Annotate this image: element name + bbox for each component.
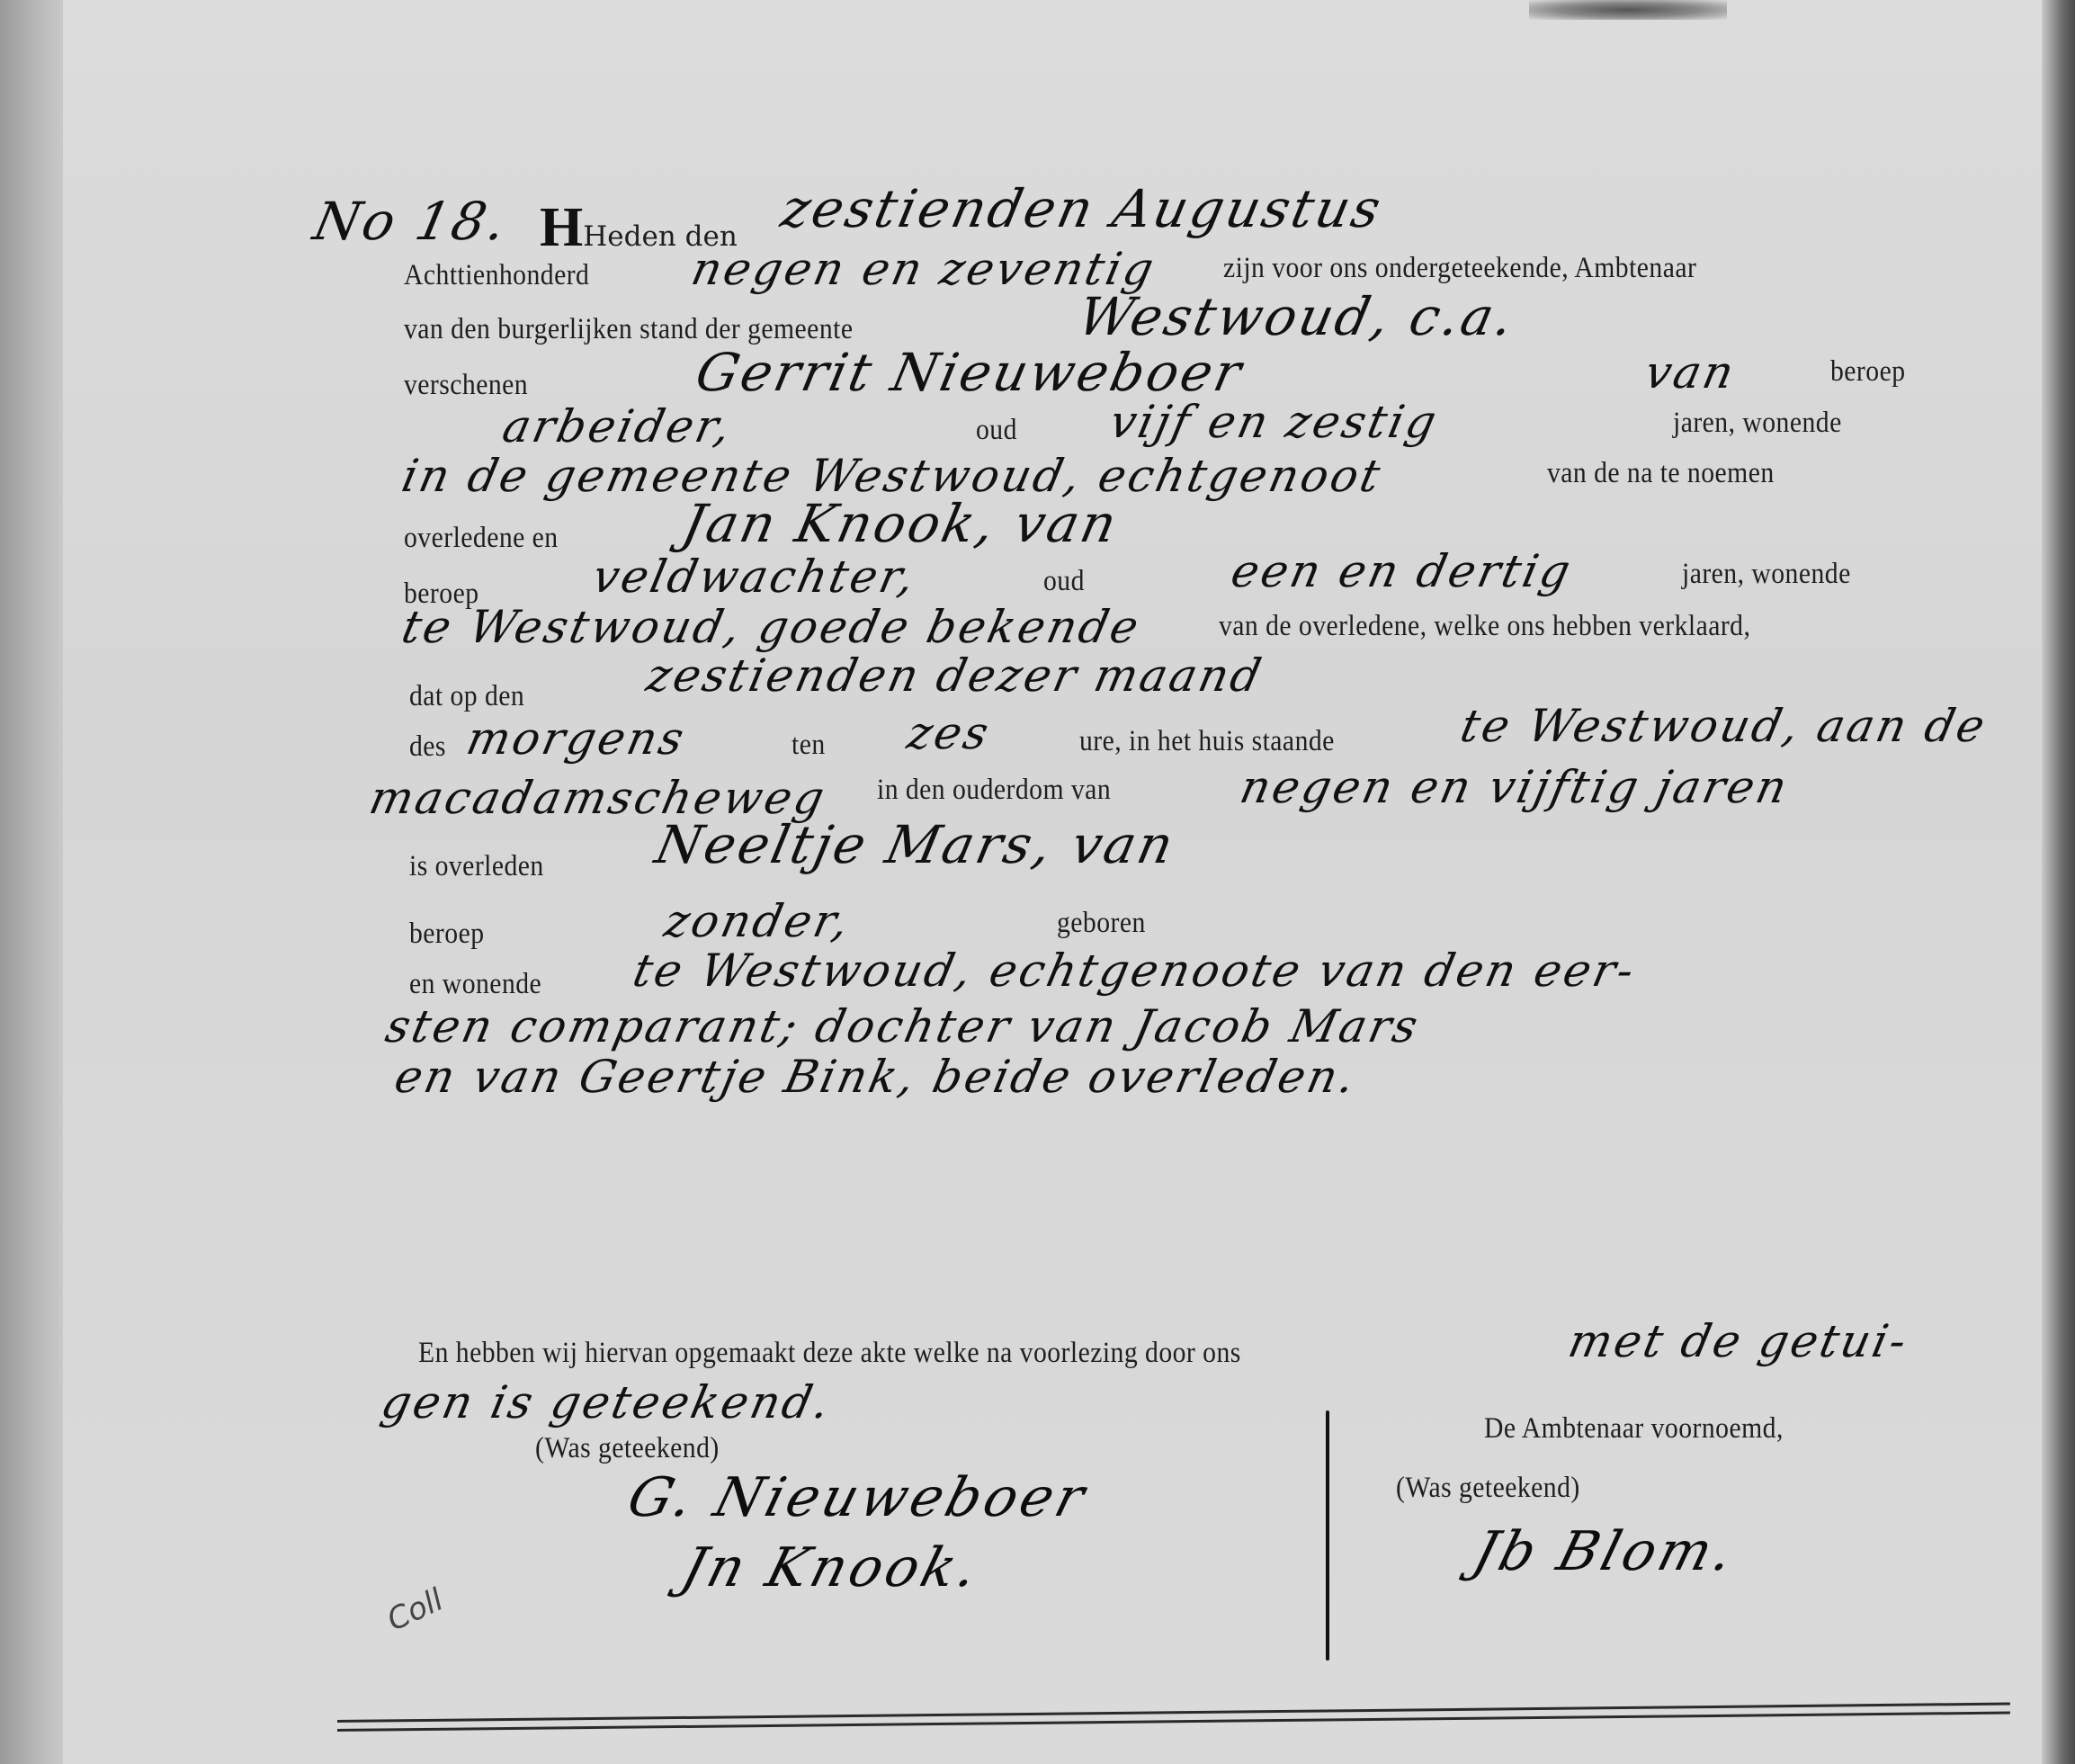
printed-text: oud bbox=[976, 414, 1017, 447]
handwritten-age-deceased: negen en vijftig jaren bbox=[1236, 761, 1794, 813]
printed-text: in den ouderdom van bbox=[877, 774, 1111, 807]
date-day-handwritten: zestienden Augustus bbox=[776, 178, 1389, 239]
handwritten-deceased-name: Neeltje Mars, van bbox=[650, 814, 1181, 875]
printed-text: beroep bbox=[1830, 355, 1906, 389]
closing-printed: En hebben wij hiervan opgemaakt deze akt… bbox=[418, 1337, 1241, 1370]
handwritten-age-2: een en dertig bbox=[1227, 545, 1578, 597]
printed-text: overledene en bbox=[404, 522, 559, 555]
printed-text: jaren, wonende bbox=[1682, 558, 1851, 591]
printed-text: is overleden bbox=[409, 850, 544, 883]
handwritten-birthplace: te Westwoud, echtgenoote van den eer- bbox=[629, 945, 1641, 997]
signature-nieuweboer: G. Nieuweboer bbox=[622, 1466, 1095, 1529]
was-geteekend-left: (Was geteekend) bbox=[535, 1432, 720, 1465]
handwritten-municipality: Westwoud, c.a. bbox=[1073, 286, 1522, 347]
printed-text: verschenen bbox=[404, 369, 528, 402]
handwritten-occupation-deceased: zonder, bbox=[660, 895, 856, 947]
ink-blot bbox=[1529, 0, 1727, 20]
handwritten-text: van bbox=[1641, 346, 1741, 398]
printed-text: Achttienhonderd bbox=[404, 259, 589, 292]
handwritten-declarant-2: Jan Knook, van bbox=[677, 493, 1124, 554]
handwritten-occupation-1: arbeider, bbox=[498, 400, 738, 452]
printed-text: dat op den bbox=[409, 680, 524, 713]
printed-text: jaren, wonende bbox=[1673, 407, 1842, 440]
handwritten-hour: zes bbox=[903, 707, 996, 759]
record-number: No 18. bbox=[309, 191, 514, 252]
handwritten-location: te Westwoud, aan de bbox=[1456, 700, 1992, 752]
drop-cap: H bbox=[540, 197, 583, 258]
printed-text: van de overledene, welke ons hebben verk… bbox=[1219, 610, 1750, 643]
printed-text: des bbox=[409, 730, 446, 764]
printed-text: geboren bbox=[1057, 907, 1146, 940]
handwritten-time-of-day: morgens bbox=[462, 712, 691, 765]
signature-blom: Jb Blom. bbox=[1467, 1520, 1744, 1583]
handwritten-death-date: zestienden dezer maand bbox=[642, 649, 1268, 702]
printed-text: ten bbox=[792, 729, 826, 762]
page-edge bbox=[2042, 0, 2075, 1764]
printed-text: zijn voor ons ondergeteekende, Ambtenaar bbox=[1223, 252, 1696, 285]
handwritten-relations: sten comparant; dochter van Jacob Mars bbox=[381, 1000, 1425, 1052]
official-title: De Ambtenaar voornoemd, bbox=[1484, 1412, 1784, 1446]
binding-margin bbox=[0, 0, 63, 1764]
printed-text: oud bbox=[1043, 565, 1085, 598]
printed-text: ure, in het huis staande bbox=[1079, 725, 1335, 758]
handwritten-occupation-2: veldwachter, bbox=[588, 551, 922, 603]
signature-knook: Jn Knook. bbox=[675, 1536, 988, 1599]
printed-text: van de na te noemen bbox=[1547, 457, 1775, 490]
handwritten-parents: en van Geertje Bink, beide overleden. bbox=[390, 1051, 1362, 1103]
closing-handwritten-b: gen is geteekend. bbox=[377, 1376, 836, 1428]
printed-text: en wonende bbox=[409, 968, 541, 1001]
handwritten-age-1: vijf en zestig bbox=[1105, 396, 1444, 448]
handwritten-declarant-1: Gerrit Nieuweboer bbox=[691, 342, 1249, 403]
closing-handwritten-a: met de getui- bbox=[1564, 1315, 1914, 1367]
was-geteekend-right: (Was geteekend) bbox=[1396, 1472, 1580, 1505]
handwritten-residence-2: te Westwoud, goede bekende bbox=[398, 601, 1146, 653]
signature-divider-brace bbox=[1326, 1410, 1329, 1661]
printed-text: beroep bbox=[409, 918, 485, 951]
